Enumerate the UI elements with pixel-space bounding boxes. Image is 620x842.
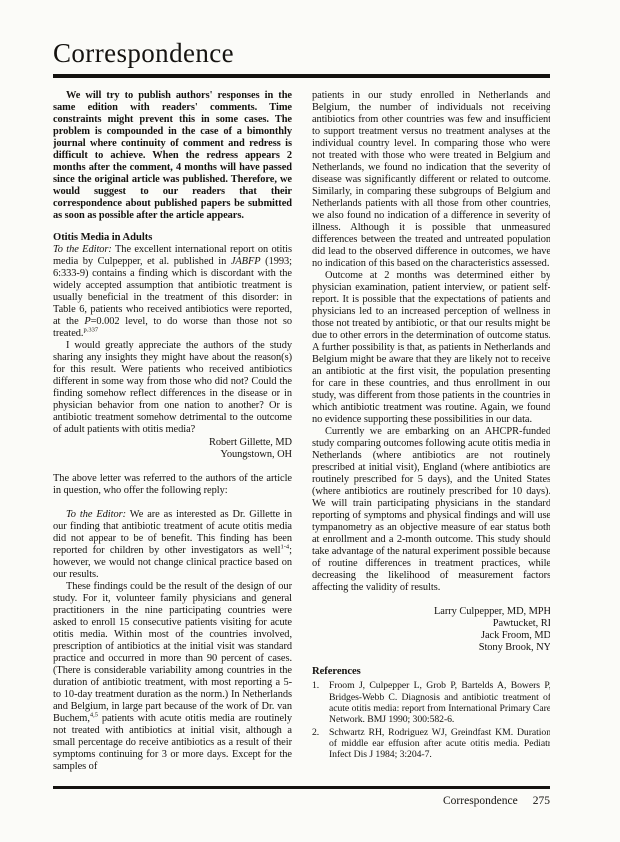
journal-page: Correspondence We will try to publish au…	[0, 0, 620, 842]
letter-paragraph-1: To the Editor: The excellent internation…	[53, 244, 292, 340]
footer-section-label: Correspondence	[443, 795, 518, 807]
reply-paragraph-2-right: patients in our study enrolled in Nether…	[312, 90, 550, 270]
letter-citation-superscript: p.337	[83, 326, 98, 333]
reference-item: 2. Schwartz RH, Rodriguez WJ, Greindfast…	[312, 727, 550, 761]
letter-heading: Otitis Media in Adults	[53, 232, 292, 244]
two-column-body: We will try to publish authors' response…	[53, 90, 550, 782]
footer-rule	[53, 786, 550, 789]
editor-referral-note: The above letter was referred to the aut…	[53, 473, 292, 497]
letter-signature-block: Robert Gillette, MD Youngstown, OH	[53, 437, 292, 461]
signer-name: Robert Gillette, MD	[53, 437, 292, 449]
page-footer: Correspondence275	[443, 794, 550, 808]
letter-salutation: To the Editor:	[53, 244, 112, 255]
editor-intro-paragraph: We will try to publish authors' response…	[53, 90, 292, 222]
reply-paragraph-2-left: These findings could be the result of th…	[53, 581, 292, 773]
reply-paragraph-4: Currently we are embarking on an AHCPR-f…	[312, 426, 550, 594]
journal-name: JABFP	[231, 256, 261, 267]
reply-citation-superscript-1: 1-4	[280, 543, 289, 550]
page-title: Correspondence	[53, 40, 550, 67]
reference-text: Froom J, Culpepper L, Grob P, Bartelds A…	[329, 680, 550, 725]
reference-number: 1.	[312, 680, 329, 725]
reply-p2-text-a: These findings could be the result of th…	[53, 581, 292, 724]
reply-salutation: To the Editor:	[66, 509, 126, 520]
signer-name: Jack Froom, MD	[312, 630, 550, 642]
signer-name: Larry Culpepper, MD, MPH	[312, 606, 550, 618]
reference-item: 1. Froom J, Culpepper L, Grob P, Barteld…	[312, 680, 550, 725]
reference-number: 2.	[312, 727, 329, 761]
reply-paragraph-3: Outcome at 2 months was determined eithe…	[312, 270, 550, 426]
signer-location: Stony Brook, NY	[312, 642, 550, 654]
references-heading: References	[312, 666, 550, 678]
signer-location: Pawtucket, RI	[312, 618, 550, 630]
title-rule	[53, 74, 550, 78]
right-column: patients in our study enrolled in Nether…	[312, 90, 550, 762]
reference-text: Schwartz RH, Rodriguez WJ, Greindfast KM…	[329, 727, 550, 761]
left-column: We will try to publish authors' response…	[53, 90, 292, 773]
signer-location: Youngstown, OH	[53, 449, 292, 461]
footer-page-number: 275	[533, 795, 550, 807]
reply-paragraph-1: To the Editor: We are as interested as D…	[53, 509, 292, 581]
reply-signature-block: Larry Culpepper, MD, MPH Pawtucket, RI J…	[312, 606, 550, 655]
reply-citation-superscript-2: 4,5	[90, 711, 98, 718]
letter-paragraph-2: I would greatly appreciate the authors o…	[53, 340, 292, 436]
references-list: 1. Froom J, Culpepper L, Grob P, Barteld…	[312, 680, 550, 760]
